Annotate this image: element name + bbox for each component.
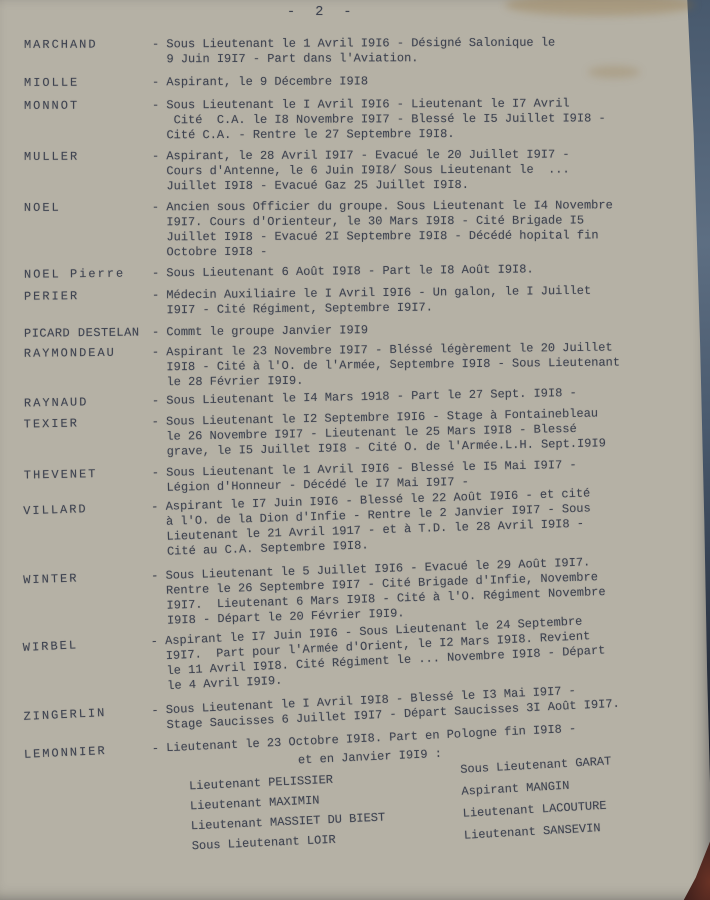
officer-name: VILLARD — [0, 500, 151, 520]
service-record: - Aspirant le I7 Juin I9I6 - Blessé le 2… — [151, 484, 677, 560]
officer-name: MIOLLE — [0, 75, 152, 91]
officer-name: ZINGERLIN — [0, 704, 152, 726]
roster-row: NOEL Pierre - Sous Lieutenant 6 Août I9I… — [0, 261, 676, 283]
officer-roster: MARCHAND - Sous Lieutenant le 1 Avril I9… — [0, 31, 676, 764]
roster-row: PICARD DESTELAN - Commt le groupe Janvie… — [0, 320, 676, 342]
service-record: - Aspirant, le 28 Avril I9I7 - Evacué le… — [152, 147, 676, 194]
officer-name: MONNOT — [0, 98, 152, 114]
roster-row: MULLER - Aspirant, le 28 Avril I9I7 - Ev… — [0, 147, 676, 195]
addendum-columns: Lieutenant PELISSIER Lieutenant MAXIMIN … — [1, 754, 684, 867]
addendum-right-column: Sous Lieutenant GARAT Aspirant MANGIN Li… — [460, 750, 616, 846]
roster-row: MIOLLE - Aspirant, le 9 Décembre I9I8 — [0, 73, 676, 91]
officer-name: WINTER — [0, 569, 151, 589]
officer-name: PICARD DESTELAN — [0, 325, 152, 342]
roster-row: MARCHAND - Sous Lieutenant le 1 Avril I9… — [0, 35, 676, 68]
officer-name: MULLER — [0, 149, 152, 165]
officer-name: TEXIER — [0, 415, 152, 433]
officer-name: WIRBEL — [0, 635, 151, 657]
officer-name: PERIER — [0, 288, 152, 305]
officer-name: RAYNAUD — [0, 394, 152, 412]
service-record: - Médecin Auxiliaire le I Avril I9I6 - U… — [152, 283, 676, 318]
roster-row: RAYMONDEAU - Aspirant le 23 Novembre I9I… — [0, 340, 676, 392]
roster-row: NOEL - Ancien sous Officier du groupe. S… — [0, 198, 676, 261]
service-record: - Commt le groupe Janvier I9I9 — [152, 320, 676, 340]
photographed-document: - 2 - MARCHAND - Sous Lieutenant le 1 Av… — [0, 0, 710, 900]
officer-name: NOEL Pierre — [0, 266, 152, 283]
page-number: - 2 - — [287, 5, 358, 20]
officer-name: THEVENET — [0, 466, 152, 484]
service-record: - Ancien sous Officier du groupe. Sous L… — [152, 198, 676, 260]
officer-name: NOEL — [0, 200, 152, 216]
service-record: - Sous Lieutenant le I Avril I9I6 - Lieu… — [152, 96, 676, 143]
service-record: - Aspirant, le 9 Décembre I9I8 — [152, 73, 676, 90]
addendum-left-column: Lieutenant PELISSIER Lieutenant MAXIMIN … — [189, 765, 442, 858]
service-record: - Aspirant le 23 Novembre I9I7 - Bléssé … — [152, 340, 676, 390]
roster-row: MONNOT - Sous Lieutenant le I Avril I9I6… — [0, 96, 676, 144]
officer-name: RAYMONDEAU — [0, 345, 152, 362]
service-record: - Sous Lieutenant 6 Août I9I8 - Part le … — [152, 261, 676, 281]
roster-row: PERIER - Médecin Auxiliaire le I Avril I… — [0, 283, 676, 320]
page-content: - 2 - MARCHAND - Sous Lieutenant le 1 Av… — [0, 0, 710, 900]
officer-name: MARCHAND — [0, 37, 152, 53]
service-record: - Sous Lieutenant le I2 Septembre I9I6 -… — [152, 405, 677, 460]
roster-row: TEXIER - Sous Lieutenant le I2 Septembre… — [0, 405, 676, 463]
service-record: - Sous Lieutenant le 1 Avril I9I6 - Dési… — [152, 35, 676, 67]
